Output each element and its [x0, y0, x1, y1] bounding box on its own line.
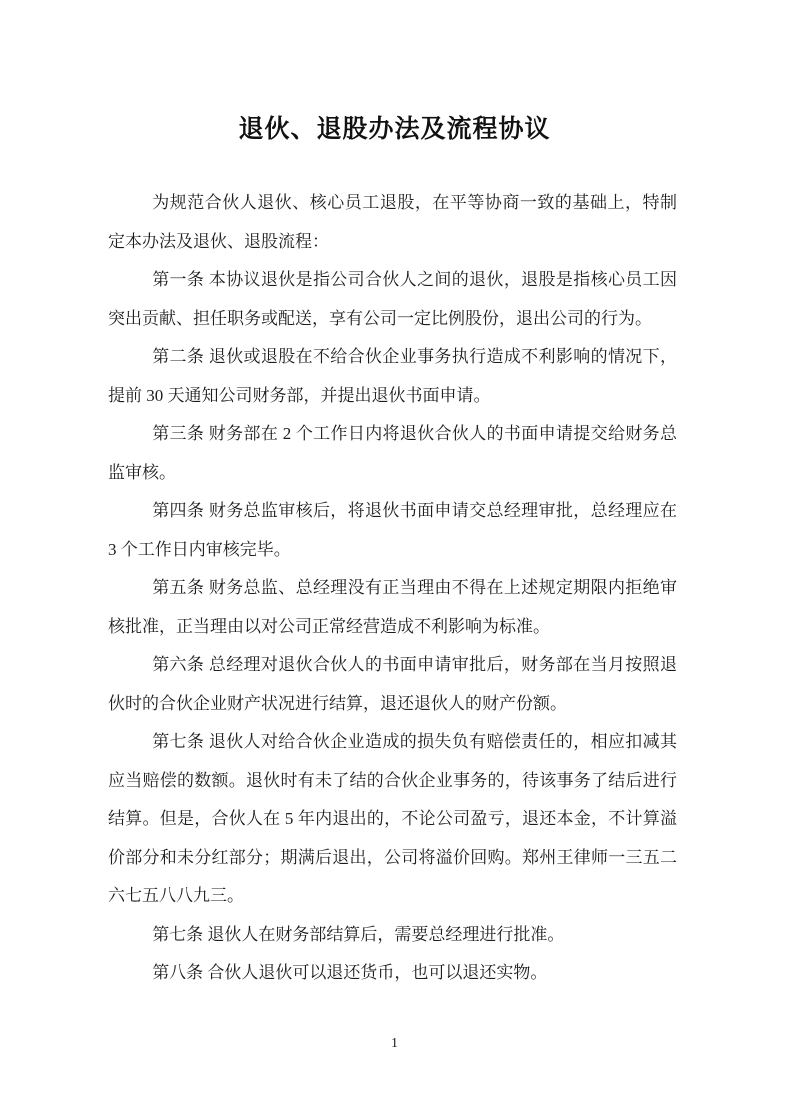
document-title: 退伙、退股办法及流程协议 [0, 0, 789, 148]
paragraph: 为规范合伙人退伙、核心员工退股，在平等协商一致的基础上，特制定本办法及退伙、退股… [108, 184, 677, 261]
paragraph: 第七条 退伙人在财务部结算后，需要总经理进行批准。 [108, 916, 677, 955]
paragraph: 第一条 本协议退伙是指公司合伙人之间的退伙，退股是指核心员工因突出贡献、担任职务… [108, 261, 677, 338]
document-body: 为规范合伙人退伙、核心员工退股，在平等协商一致的基础上，特制定本办法及退伙、退股… [108, 184, 677, 993]
document-page: 退伙、退股办法及流程协议 为规范合伙人退伙、核心员工退股，在平等协商一致的基础上… [0, 0, 789, 1118]
paragraph: 第四条 财务总监审核后，将退伙书面申请交总经理审批，总经理应在 3 个工作日内审… [108, 492, 677, 569]
paragraph: 第八条 合伙人退伙可以退还货币，也可以退还实物。 [108, 954, 677, 993]
paragraph: 第五条 财务总监、总经理没有正当理由不得在上述规定期限内拒绝审核批准，正当理由以… [108, 569, 677, 646]
paragraph: 第七条 退伙人对给合伙企业造成的损失负有赔偿责任的，相应扣减其应当赔偿的数额。退… [108, 723, 677, 916]
paragraph: 第三条 财务部在 2 个工作日内将退伙合伙人的书面申请提交给财务总监审核。 [108, 415, 677, 492]
paragraph: 第二条 退伙或退股在不给合伙企业事务执行造成不利影响的情况下，提前 30 天通知… [108, 338, 677, 415]
paragraph: 第六条 总经理对退伙合伙人的书面申请审批后，财务部在当月按照退伙时的合伙企业财产… [108, 646, 677, 723]
page-number: 1 [0, 1036, 789, 1052]
